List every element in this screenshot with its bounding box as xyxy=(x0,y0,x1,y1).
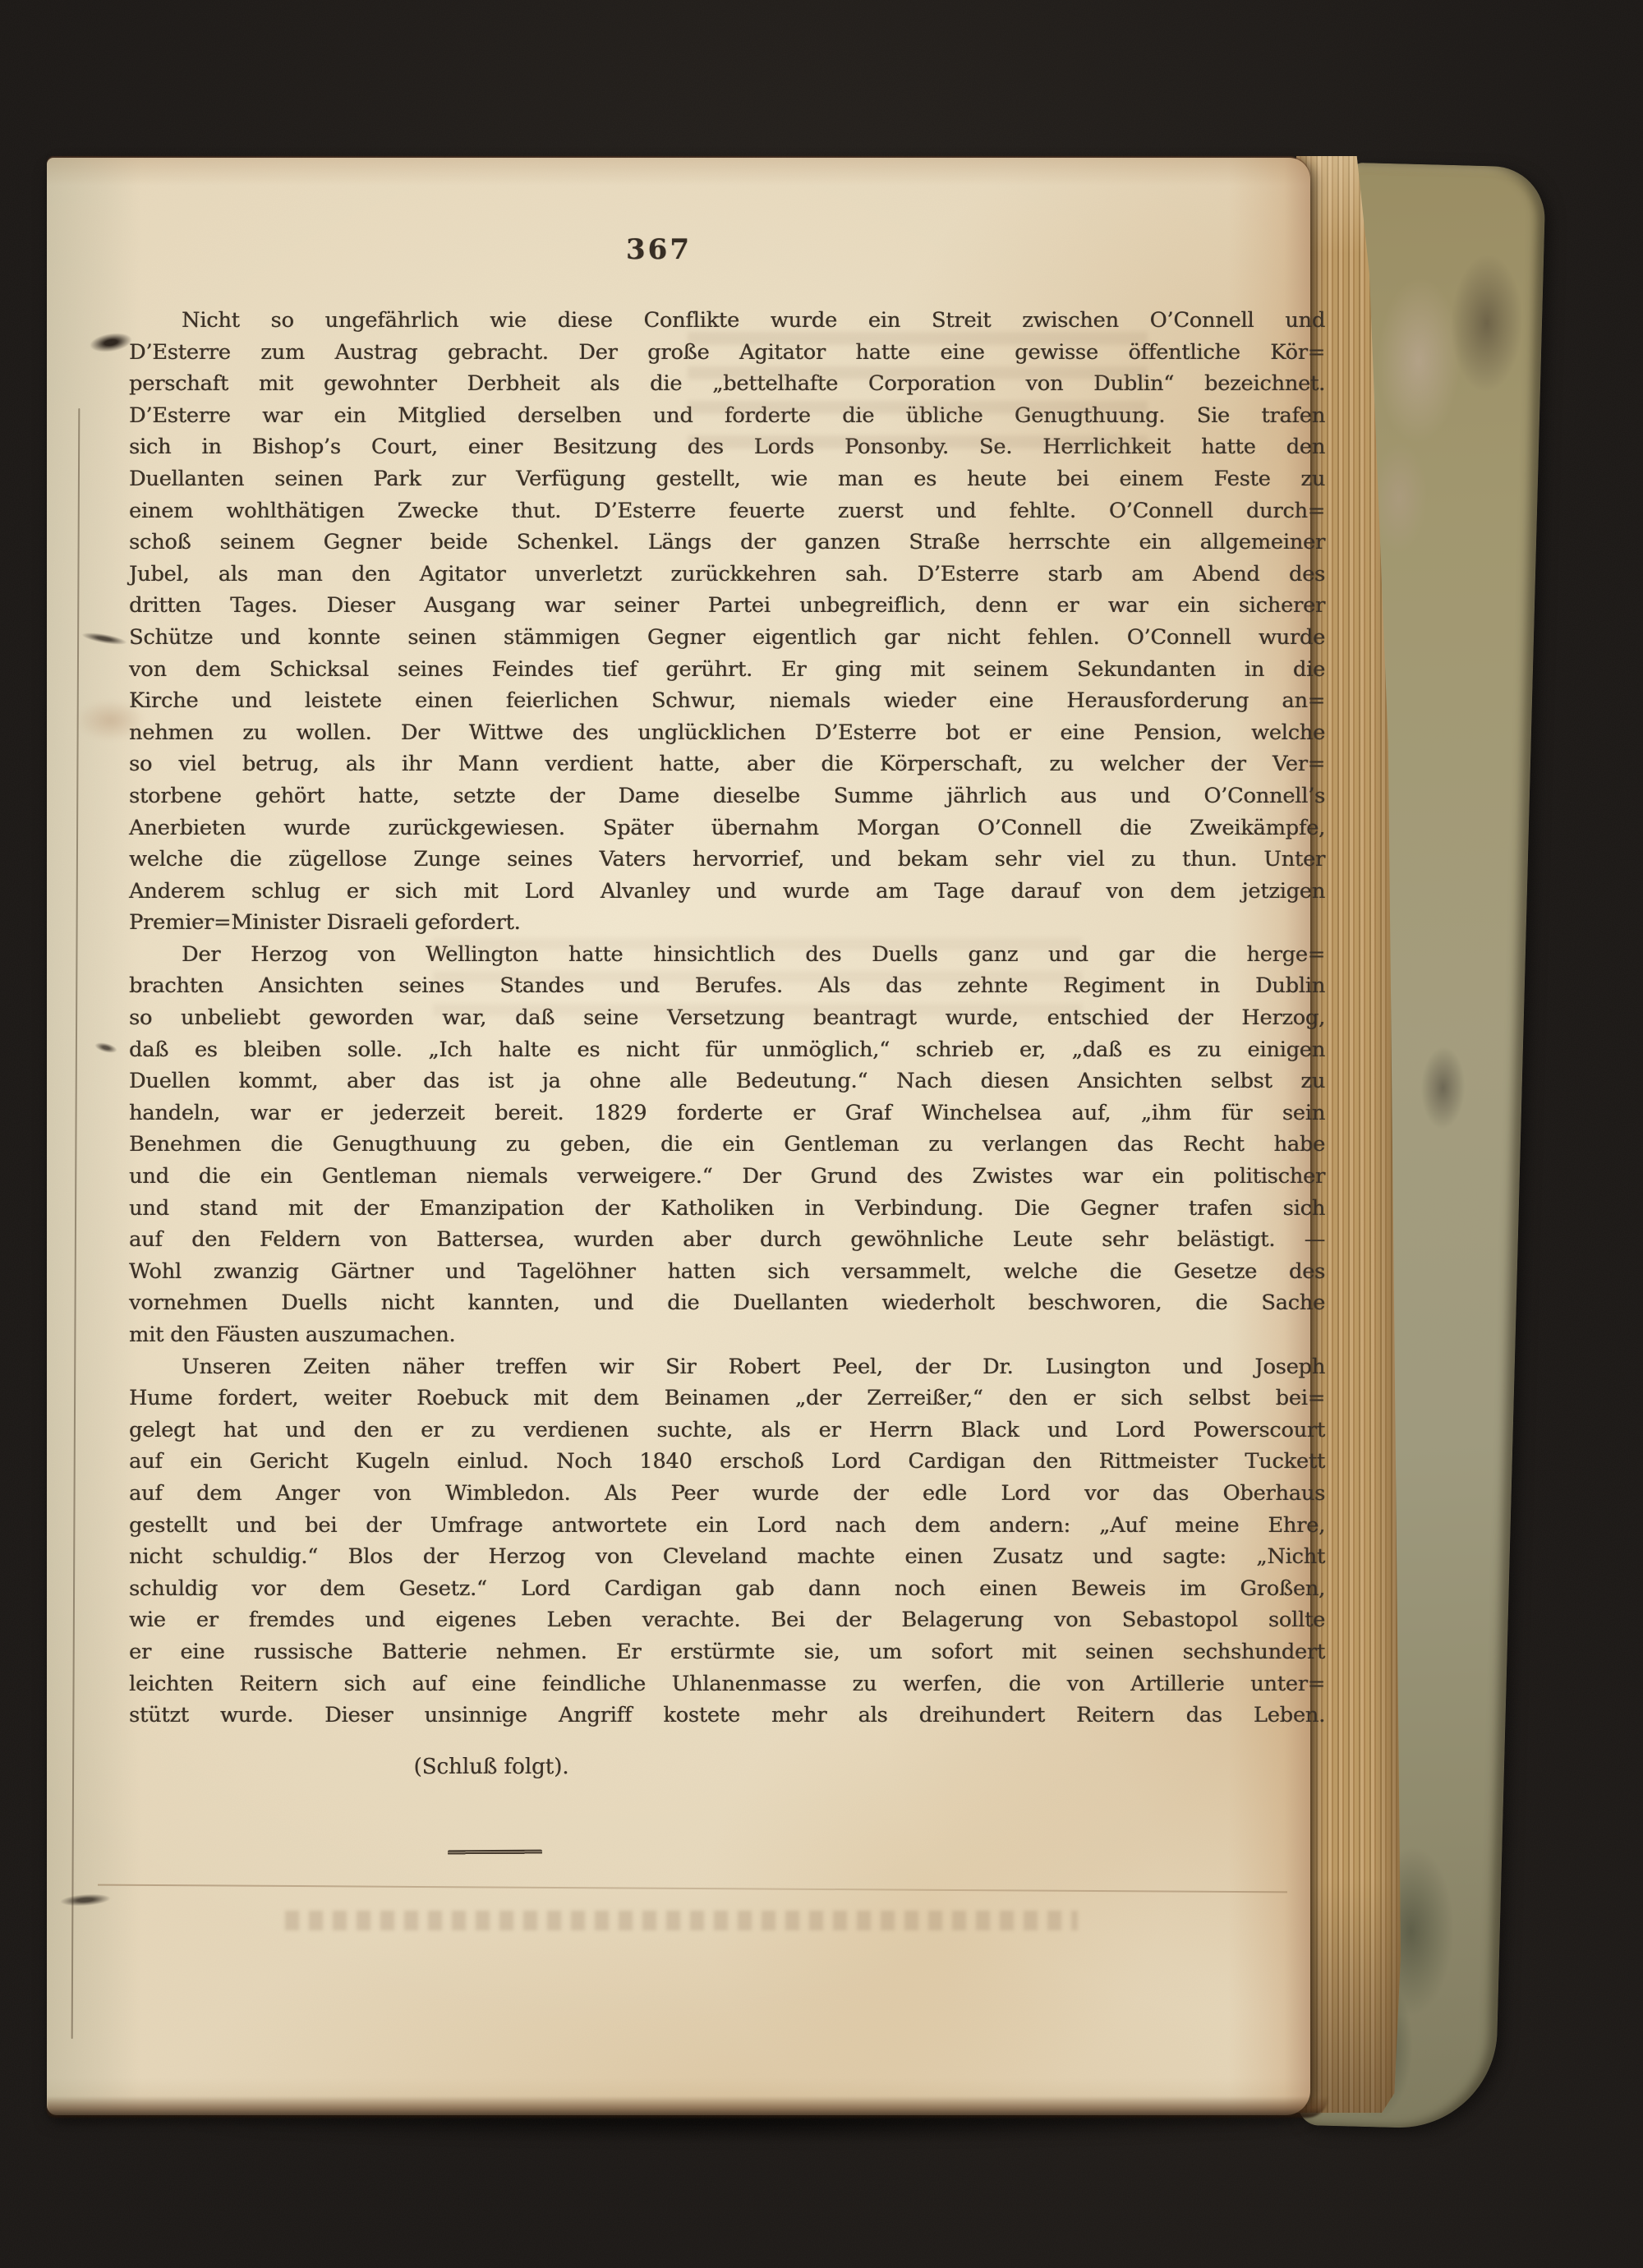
scanned-book-photo: 367 Nicht so ungefährlich wie diese Conf… xyxy=(0,0,1643,2268)
text-line: auf ein Gericht Kugeln einlud. Noch 1840… xyxy=(129,1446,1325,1478)
text-line: welche die zügellose Zunge seines Vaters… xyxy=(129,844,1325,876)
text-line: brachten Ansichten seines Standes und Be… xyxy=(129,970,1325,1002)
text-line: Duellanten seinen Park zur Verfügung ges… xyxy=(129,463,1325,495)
text-line: schuldig vor dem Gesetz.“ Lord Cardigan … xyxy=(129,1573,1325,1605)
text-line: gelegt hat und den er zu verdienen sucht… xyxy=(129,1415,1325,1447)
text-line: storbene gehört hatte, setzte der Dame d… xyxy=(129,780,1325,812)
text-line: wie er fremdes und eigenes Leben veracht… xyxy=(129,1604,1325,1636)
binding-mark xyxy=(81,630,127,647)
binding-mark xyxy=(60,1893,112,1907)
text-line: nicht schuldig.“ Blos der Herzog von Cle… xyxy=(129,1541,1325,1573)
text-line: daß es bleiben solle. „Ich halte es nich… xyxy=(129,1034,1325,1066)
text-line: leichten Reitern sich auf eine feindlich… xyxy=(129,1668,1325,1700)
text-line: Anderem schlug er sich mit Lord Alvanley… xyxy=(129,876,1325,908)
text-line: einem wohlthätigen Zwecke thut. D’Esterr… xyxy=(129,495,1325,527)
text-line: Benehmen die Genugthuung zu geben, die e… xyxy=(129,1129,1325,1161)
text-line: und stand mit der Emanzipation der Katho… xyxy=(129,1193,1325,1225)
gutter-crease-line xyxy=(71,408,81,2039)
text-line: und die ein Gentleman niemals verweigere… xyxy=(129,1161,1325,1193)
text-line: Premier=Minister Disraeli gefordert. xyxy=(129,907,1325,939)
binding-mark xyxy=(89,330,134,355)
bleed-through-text xyxy=(285,1911,1078,1930)
text-line: auf den Feldern von Battersea, wurden ab… xyxy=(129,1224,1325,1256)
text-line: so viel betrug, als ihr Mann verdient ha… xyxy=(129,748,1325,780)
text-line: Der Herzog von Wellington hatte hinsicht… xyxy=(129,939,1325,971)
page-bottom-edge-shadow xyxy=(47,2096,1328,2118)
text-line: so unbeliebt geworden war, daß seine Ver… xyxy=(129,1002,1325,1034)
binding-mark xyxy=(94,1041,118,1055)
closing-line: (Schluß folgt). xyxy=(368,1755,614,1779)
bleed-through-rule xyxy=(98,1884,1287,1893)
text-line: D’Esterre war ein Mitglied derselben und… xyxy=(129,400,1325,432)
text-line: Jubel, als man den Agitator unverletzt z… xyxy=(129,559,1325,591)
page-number: 367 xyxy=(573,233,745,266)
text-line: D’Esterre zum Austrag gebracht. Der groß… xyxy=(129,337,1325,369)
text-line: perschaft mit gewohnter Derbheit als die… xyxy=(129,368,1325,400)
text-line: gestellt und bei der Umfrage antwortete … xyxy=(129,1510,1325,1542)
text-line: mit den Fäusten auszumachen. xyxy=(129,1319,1325,1351)
text-line: von dem Schicksal seines Feindes tief ge… xyxy=(129,654,1325,686)
text-line: nehmen zu wollen. Der Wittwe des unglück… xyxy=(129,717,1325,749)
text-line: schoß seinem Gegner beide Schenkel. Läng… xyxy=(129,527,1325,559)
text-line: Nicht so ungefährlich wie diese Conflikt… xyxy=(129,305,1325,337)
text-line: dritten Tages. Dieser Ausgang war seiner… xyxy=(129,590,1325,622)
text-line: auf dem Anger von Wimbledon. Als Peer wu… xyxy=(129,1478,1325,1510)
text-line: sich in Bishop’s Court, einer Besitzung … xyxy=(129,431,1325,463)
book-page: 367 Nicht so ungefährlich wie diese Conf… xyxy=(47,158,1310,2115)
text-line: vornehmen Duells nicht kannten, und die … xyxy=(129,1287,1325,1319)
text-line: Duellen kommt, aber das ist ja ohne alle… xyxy=(129,1065,1325,1097)
text-line: Hume fordert, weiter Roebuck mit dem Bei… xyxy=(129,1382,1325,1415)
text-line: handeln, war er jederzeit bereit. 1829 f… xyxy=(129,1097,1325,1129)
end-divider-rule xyxy=(448,1850,542,1856)
body-text: Nicht so ungefährlich wie diese Conflikt… xyxy=(129,305,1325,1732)
text-line: Wohl zwanzig Gärtner und Tagelöhner hatt… xyxy=(129,1256,1325,1288)
text-line: stützt wurde. Dieser unsinnige Angriff k… xyxy=(129,1700,1325,1732)
text-line: Schütze und konnte seinen stämmigen Gegn… xyxy=(129,622,1325,654)
text-line: Unseren Zeiten näher treffen wir Sir Rob… xyxy=(129,1351,1325,1383)
text-line: Anerbieten wurde zurückgewiesen. Später … xyxy=(129,812,1325,844)
text-line: er eine russische Batterie nehmen. Er er… xyxy=(129,1636,1325,1668)
paper-stain xyxy=(62,692,160,749)
text-line: Kirche und leistete einen feierlichen Sc… xyxy=(129,685,1325,717)
